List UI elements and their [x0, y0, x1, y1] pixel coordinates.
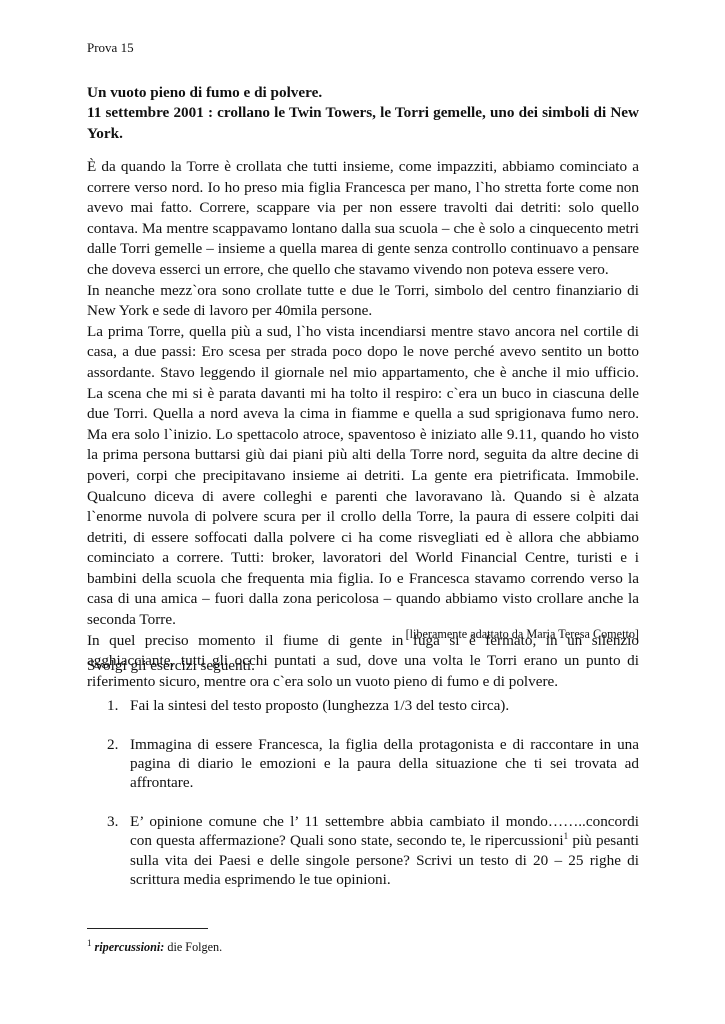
exercise-item: 3. E’ opinione comune che l’ 11 settembr…: [87, 812, 639, 889]
paragraph: È da quando la Torre è crollata che tutt…: [87, 157, 639, 281]
exercise-text: E’ opinione comune che l’ 11 settembre a…: [130, 813, 639, 888]
exercise-item: 2. Immagina di essere Francesca, la figl…: [87, 735, 639, 793]
document-title: Un vuoto pieno di fumo e di polvere. 11 …: [87, 83, 639, 144]
exercise-instructions: Svolgi gli esercizi seguenti.: [87, 657, 255, 675]
footnote-divider: [87, 928, 208, 929]
source-attribution: [liberamente adattato da Maria Teresa Co…: [406, 627, 639, 642]
exercise-number: 1.: [107, 696, 118, 715]
footnote: 1 ripercussioni: die Folgen.: [87, 940, 222, 955]
exercise-list: 1. Fai la sintesi del testo proposto (lu…: [87, 696, 639, 909]
footnote-marker: 1: [87, 938, 92, 948]
page-header: Prova 15: [87, 40, 134, 56]
exercise-text: Immagina di essere Francesca, la figlia …: [130, 736, 639, 792]
exercise-number: 2.: [107, 735, 118, 754]
title-line-2: 11 settembre 2001 : crollano le Twin Tow…: [87, 103, 639, 144]
exercise-number: 3.: [107, 812, 118, 831]
exercise-text: Fai la sintesi del testo proposto (lungh…: [130, 697, 509, 714]
exercise-item: 1. Fai la sintesi del testo proposto (lu…: [87, 696, 639, 715]
article-body: È da quando la Torre è crollata che tutt…: [87, 157, 639, 692]
footnote-term: ripercussioni:: [95, 940, 165, 954]
paragraph: In neanche mezz`ora sono crollate tutte …: [87, 281, 639, 322]
title-line-1: Un vuoto pieno di fumo e di polvere.: [87, 83, 639, 103]
paragraph: La prima Torre, quella più a sud, l`ho v…: [87, 322, 639, 631]
footnote-definition: die Folgen.: [164, 940, 222, 954]
